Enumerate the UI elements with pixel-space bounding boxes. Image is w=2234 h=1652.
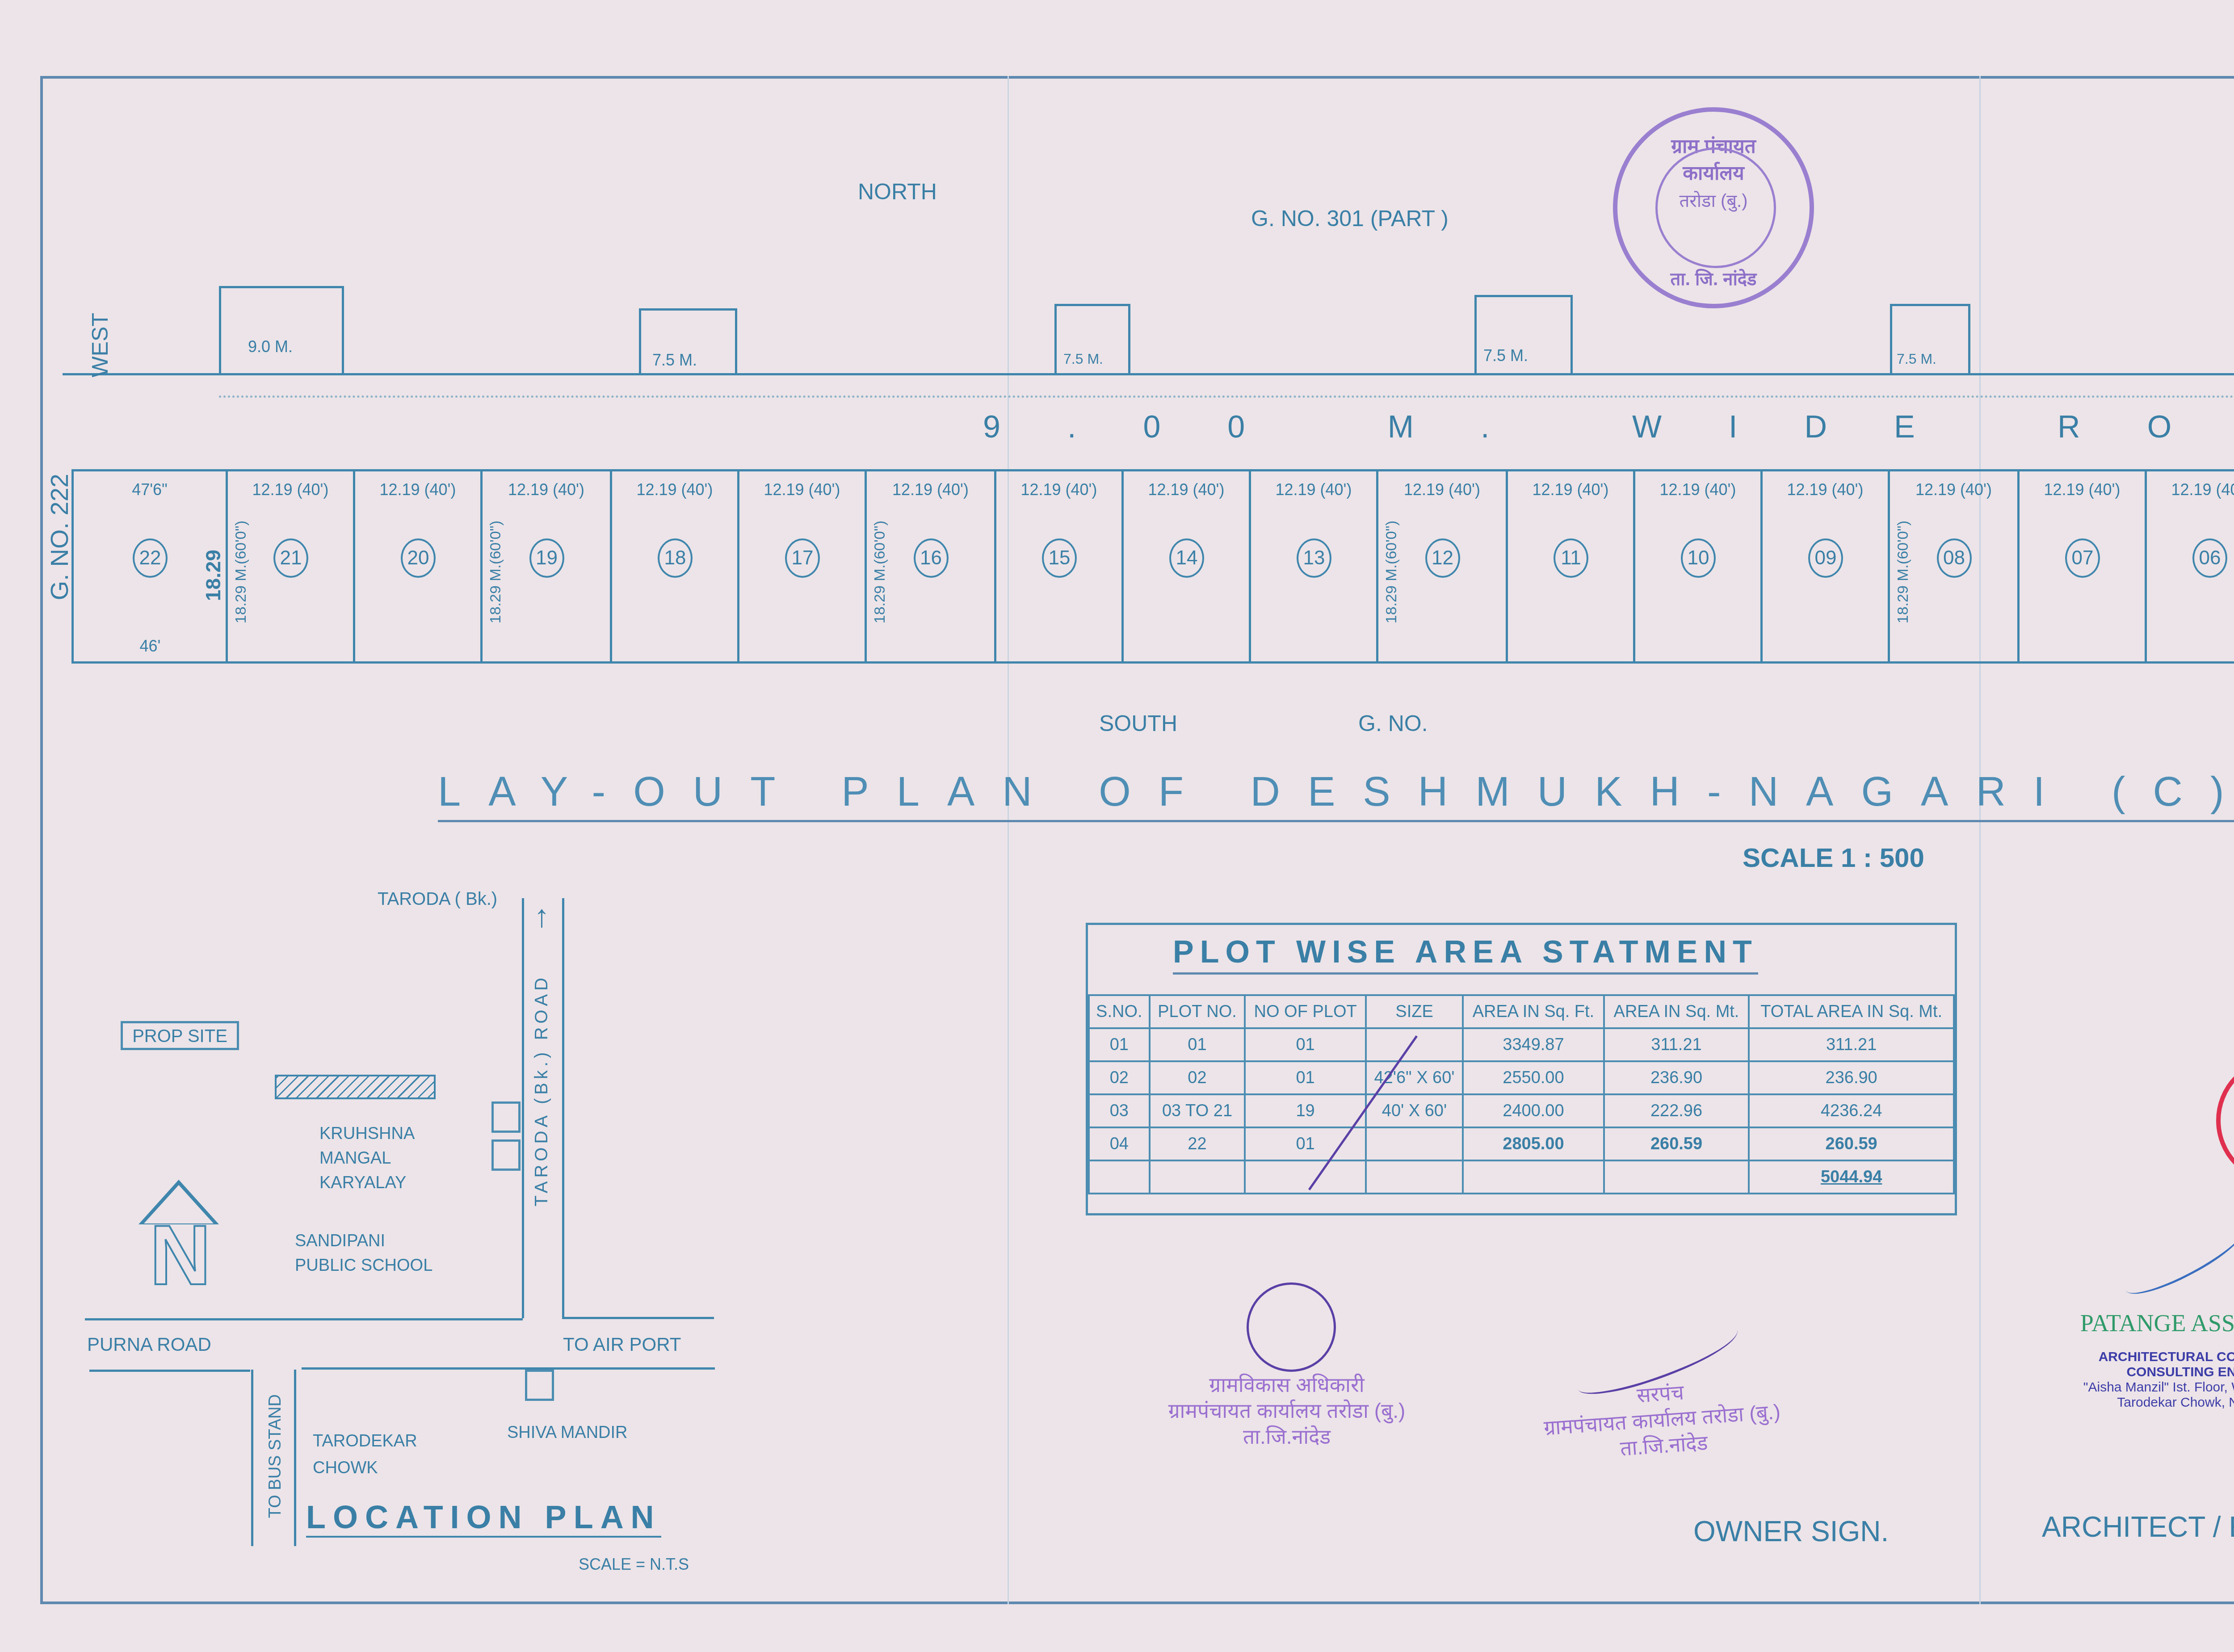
prop-site-hatch bbox=[275, 1075, 436, 1099]
west-label: WEST bbox=[87, 313, 113, 377]
plot-number-badge: 07 bbox=[2065, 538, 2100, 578]
gram-officer-stamp: ग्रामविकास अधिकारीग्रामपंचायत कार्यालय त… bbox=[1130, 1372, 1443, 1450]
plot-statement-panel: PLOT WISE AREA STATMENT S.NO.PLOT NO.NO … bbox=[1086, 923, 1957, 1215]
scale-label: SCALE 1 : 500 bbox=[1743, 842, 1924, 873]
architect-stamp: PATANGE ASSOCIATES ARCHITECTURAL CONSULT… bbox=[2051, 1309, 2234, 1410]
plot-depth: 18.29 M.(60'0") bbox=[871, 521, 889, 623]
south-label: SOUTH bbox=[1099, 710, 1177, 736]
plot-number-badge: 08 bbox=[1937, 538, 1972, 578]
plot-number-badge: 21 bbox=[273, 538, 308, 578]
plot-19[interactable]: 12.19 (40')1918.29 M.(60'0") bbox=[480, 469, 610, 664]
table-total-row: 5044.94 bbox=[1089, 1160, 1954, 1194]
grand-total: 5044.94 bbox=[1749, 1160, 1954, 1194]
setback-bump: 9.0 M. bbox=[219, 286, 344, 375]
plot-width: 12.19 (40') bbox=[867, 480, 994, 499]
plot-rear-width: 46' bbox=[140, 637, 161, 656]
plot-statement-table: S.NO.PLOT NO.NO OF PLOTSIZEAREA IN Sq. F… bbox=[1088, 994, 1955, 1194]
plot-width: 12.19 (40') bbox=[1890, 480, 2017, 499]
plot-width: 12.19 (40') bbox=[739, 480, 865, 499]
prop-site-label: PROP SITE bbox=[121, 1021, 239, 1050]
plot-number-badge: 14 bbox=[1169, 538, 1204, 578]
plot-depth: 18.29 M.(60'0") bbox=[487, 521, 504, 623]
plot-width: 12.19 (40') bbox=[2020, 480, 2145, 499]
road-centerline bbox=[219, 395, 2234, 398]
table-row: 0101013349.87311.21311.21 bbox=[1089, 1028, 1954, 1061]
plot-width: 12.19 (40') bbox=[1251, 480, 1376, 499]
plot-statement-title: PLOT WISE AREA STATMENT bbox=[1173, 934, 1758, 975]
plot-number-badge: 20 bbox=[401, 538, 436, 578]
plot-number-badge: 19 bbox=[529, 538, 564, 578]
plot-11[interactable]: 12.19 (40')11 bbox=[1506, 469, 1633, 664]
plot-width: 12.19 (40') bbox=[483, 480, 610, 499]
plot-width: 12.19 (40') bbox=[612, 480, 737, 499]
plot-width: 12.19 (40') bbox=[1763, 480, 1888, 499]
north-compass-icon: N bbox=[134, 1180, 223, 1296]
plot-15[interactable]: 12.19 (40')15 bbox=[994, 469, 1121, 664]
location-plan-title: LOCATION PLAN bbox=[306, 1499, 661, 1538]
plot-10[interactable]: 12.19 (40')10 bbox=[1633, 469, 1760, 664]
table-row: 0303 TO 211940' X 60'2400.00222.964236.2… bbox=[1089, 1094, 1954, 1127]
setback-bump: 7.5 M. bbox=[1890, 304, 1970, 375]
plot-17[interactable]: 12.19 (40')17 bbox=[737, 469, 865, 664]
north-arrow-icon: ↑ bbox=[534, 898, 550, 934]
plot-number-badge: 12 bbox=[1425, 538, 1460, 578]
plot-20[interactable]: 12.19 (40')20 bbox=[353, 469, 480, 664]
north-boundary: G. NO. 301 (PART ) bbox=[1251, 206, 1449, 231]
fold-line bbox=[1979, 76, 1981, 1604]
plot-width: 47'6" bbox=[74, 480, 226, 499]
table-header: S.NO.PLOT NO.NO OF PLOTSIZEAREA IN Sq. F… bbox=[1089, 995, 1954, 1028]
plot-width: 12.19 (40') bbox=[2147, 480, 2234, 499]
signature-gram-officer bbox=[1247, 1282, 1336, 1372]
setback-bump: 7.5 M. bbox=[1054, 304, 1130, 375]
plot-number-badge: 18 bbox=[658, 538, 693, 578]
plot-14[interactable]: 12.19 (40')14 bbox=[1121, 469, 1249, 664]
plot-16[interactable]: 12.19 (40')1618.29 M.(60'0") bbox=[865, 469, 994, 664]
table-row: 0422012805.00260.59260.59 bbox=[1089, 1127, 1954, 1160]
plot-width: 12.19 (40') bbox=[1124, 480, 1249, 499]
plot-number-badge: 13 bbox=[1297, 538, 1331, 578]
plot-number-badge: 10 bbox=[1681, 538, 1716, 578]
plot-number-badge: 15 bbox=[1042, 538, 1077, 578]
plot-09[interactable]: 12.19 (40')09 bbox=[1760, 469, 1888, 664]
plot-width: 12.19 (40') bbox=[1378, 480, 1506, 499]
fold-line bbox=[1008, 76, 1009, 1604]
west-boundary: G. NO. 222 bbox=[45, 474, 74, 600]
table-row: 02020142'6" X 60'2550.00236.90236.90 bbox=[1089, 1061, 1954, 1094]
plot-number-badge: 11 bbox=[1554, 538, 1588, 578]
setback-bump: 7.5 M. bbox=[639, 308, 737, 375]
plot-width: 12.19 (40') bbox=[228, 480, 353, 499]
plot-width: 12.19 (40') bbox=[996, 480, 1121, 499]
plot-22[interactable]: 47'6"2246' bbox=[71, 469, 226, 664]
plot-08[interactable]: 12.19 (40')0818.29 M.(60'0") bbox=[1888, 469, 2017, 664]
plot-number-badge: 09 bbox=[1808, 538, 1843, 578]
plot-21[interactable]: 12.19 (40')2118.29 M.(60'0") bbox=[226, 469, 353, 664]
plot-width: 12.19 (40') bbox=[1508, 480, 1633, 499]
gram-panchayat-seal: ग्राम पंचायत कार्यालय तरोडा (बु.) ता. जि… bbox=[1613, 107, 1814, 308]
layout-title: LAY-OUT PLAN OF DESHMUKH-NAGARI (C) bbox=[438, 769, 2234, 822]
north-label: NORTH bbox=[858, 179, 937, 205]
plot-07[interactable]: 12.19 (40')07 bbox=[2017, 469, 2145, 664]
setback-bump: 7.5 M. bbox=[1474, 295, 1573, 375]
plot-width: 12.19 (40') bbox=[1635, 480, 1760, 499]
location-plan: TARODA ( Bk.) ↑ TARODA (Bk.) ROAD PROP S… bbox=[45, 871, 760, 1519]
plot-13[interactable]: 12.19 (40')13 bbox=[1249, 469, 1376, 664]
road-title: 9.00 M. WIDE ROAD bbox=[983, 409, 2234, 445]
plot-06[interactable]: 12.19 (40')06 bbox=[2145, 469, 2234, 664]
architect-sign-label: ARCHITECT / ENGINEER bbox=[2042, 1510, 2234, 1543]
plot-depth: 18.29 M.(60'0") bbox=[1383, 521, 1400, 623]
plot-number-badge: 16 bbox=[914, 538, 949, 578]
plot-width: 12.19 (40') bbox=[355, 480, 480, 499]
plot-18[interactable]: 12.19 (40')18 bbox=[610, 469, 737, 664]
plot-12[interactable]: 12.19 (40')1218.29 M.(60'0") bbox=[1376, 469, 1506, 664]
plot-depth: 18.29 M.(60'0") bbox=[232, 521, 250, 623]
plot-depth: 18.29 M.(60'0") bbox=[1894, 521, 1912, 623]
plot-number-badge: 22 bbox=[133, 538, 168, 578]
south-boundary: G. NO. bbox=[1358, 710, 1428, 736]
owner-sign-label: OWNER SIGN. bbox=[1693, 1515, 1889, 1548]
plot-number-badge: 17 bbox=[785, 538, 820, 578]
plot-number-badge: 06 bbox=[2192, 538, 2227, 578]
